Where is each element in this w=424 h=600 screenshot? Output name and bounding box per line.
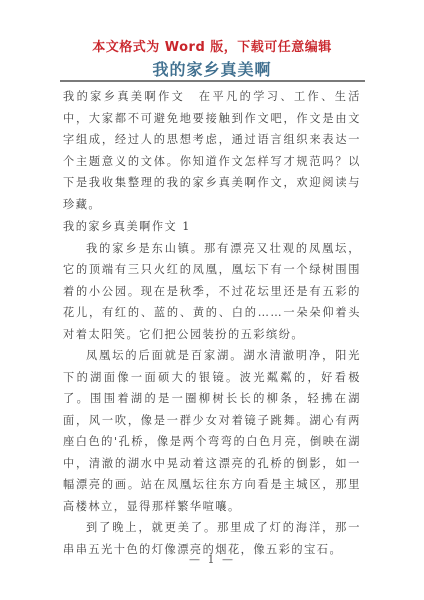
- paragraph-2: 凤凰坛的后面就是百家湖。湖水清澈明净，阳光下的湖面像一面硕大的银镜。波光粼粼的，…: [63, 345, 361, 517]
- intro-paragraph: 我的家乡真美啊作文 在平凡的学习、工作、生活中，大家都不可避免地要接触到作文吧，…: [63, 86, 361, 215]
- document-title: 我的家乡真美啊: [0, 57, 424, 80]
- section-heading: 我的家乡真美啊作文 1: [63, 216, 361, 238]
- title-divider: [60, 80, 365, 82]
- page-number: — 1 —: [0, 553, 424, 566]
- paragraph-1: 我的家乡是东山镇。那有漂亮又壮观的凤凰坛，它的顶端有三只火红的凤凰，凰坛下有一个…: [63, 238, 361, 346]
- document-page: 本文格式为 Word 版，下载可任意编辑 我的家乡真美啊 我的家乡真美啊作文 在…: [0, 0, 424, 600]
- essay-section: 我的家乡真美啊作文 1 我的家乡是东山镇。那有漂亮又壮观的凤凰坛，它的顶端有三只…: [63, 216, 361, 560]
- word-format-banner: 本文格式为 Word 版，下载可任意编辑: [0, 36, 424, 55]
- intro-block: 我的家乡真美啊作文 在平凡的学习、工作、生活中，大家都不可避免地要接触到作文吧，…: [63, 86, 361, 215]
